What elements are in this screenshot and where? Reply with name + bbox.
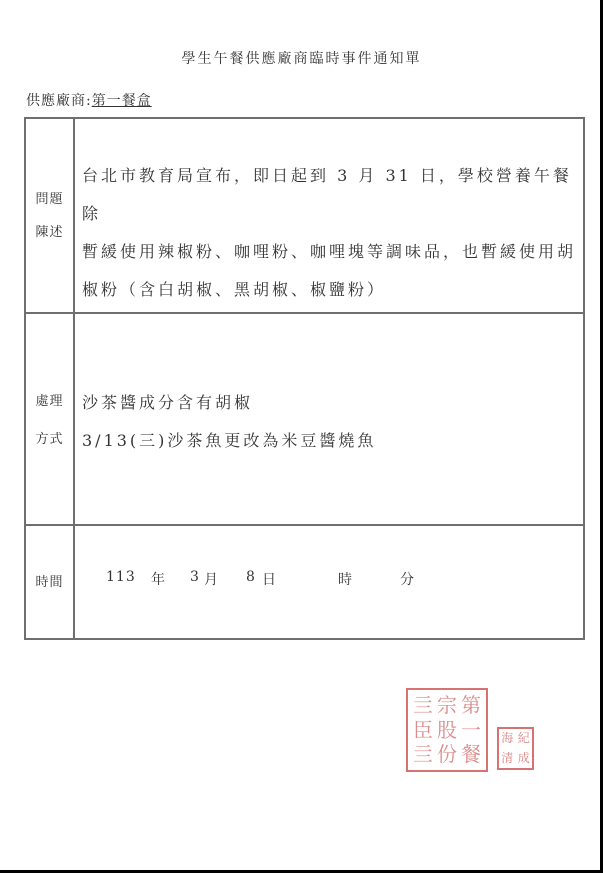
supplier-line: 供應廠商:第一餐盒 xyxy=(26,90,152,110)
company-seal-stamp: 亖 宗 第 臣 股 一 亖 份 餐 xyxy=(406,688,488,772)
content-line: 台北市教育局宣布，即日起到 3 月 31 日，學校營養午餐除 xyxy=(82,157,577,233)
time-day: 8 xyxy=(246,569,256,585)
row-label-handling: 處理 方式 xyxy=(26,383,73,459)
label-line: 處理 xyxy=(26,383,73,421)
label-line: 陳述 xyxy=(26,216,73,249)
column-divider xyxy=(73,526,75,640)
content-line: 3/13(三)沙茶魚更改為米豆醬燒魚 xyxy=(82,422,577,460)
seal-char: 份 xyxy=(435,742,459,767)
seal-char: 宗 xyxy=(435,693,459,718)
seal-char: 亖 xyxy=(411,742,435,767)
seal-char: 股 xyxy=(435,718,459,743)
seal-char: 成 xyxy=(516,749,533,769)
handling-content: 沙茶醬成分含有胡椒 3/13(三)沙茶魚更改為米豆醬燒魚 xyxy=(82,384,577,460)
row-problem-statement: 問題 陳述 台北市教育局宣布，即日起到 3 月 31 日，學校營養午餐除 暫緩使… xyxy=(26,119,583,314)
seal-char: 第 xyxy=(459,693,483,718)
row-time: 時間 113 年 3 月 8 日 時 分 xyxy=(26,526,583,640)
label-line: 方式 xyxy=(26,421,73,459)
seal-char: 亖 xyxy=(411,693,435,718)
time-year-unit: 年 xyxy=(151,569,166,589)
seal-char: 清 xyxy=(499,749,516,769)
row-label-problem: 問題 陳述 xyxy=(26,183,73,249)
row-handling-method: 處理 方式 沙茶醬成分含有胡椒 3/13(三)沙茶魚更改為米豆醬燒魚 xyxy=(26,314,583,526)
seal-char: 臣 xyxy=(411,718,435,743)
column-divider xyxy=(73,119,75,312)
time-day-unit: 日 xyxy=(262,569,277,589)
problem-content: 台北市教育局宣布，即日起到 3 月 31 日，學校營養午餐除 暫緩使用辣椒粉、咖… xyxy=(82,157,577,309)
time-minute-unit: 分 xyxy=(400,569,415,589)
seal-char: 餐 xyxy=(459,742,483,767)
seal-char: 一 xyxy=(459,718,483,743)
supplier-value: 第一餐盒 xyxy=(92,93,152,109)
content-line: 暫緩使用辣椒粉、咖哩粉、咖哩塊等調味品，也暫緩使用胡 xyxy=(82,233,577,271)
column-divider xyxy=(73,314,75,524)
seal-char: 紀 xyxy=(516,729,533,749)
label-line: 問題 xyxy=(26,183,73,216)
seal-char: 海 xyxy=(499,729,516,749)
time-hour-unit: 時 xyxy=(338,569,353,589)
personal-seal-stamp: 海 紀 清 成 xyxy=(497,727,534,770)
row-label-time: 時間 xyxy=(26,571,73,596)
time-month-unit: 月 xyxy=(204,569,219,589)
time-year: 113 xyxy=(106,569,136,585)
time-month: 3 xyxy=(190,569,200,585)
content-line: 椒粉（含白胡椒、黑胡椒、椒鹽粉） xyxy=(82,271,577,309)
content-line: 沙茶醬成分含有胡椒 xyxy=(82,384,577,422)
document-title: 學生午餐供應廠商臨時事件通知單 xyxy=(0,48,603,68)
notice-form-table: 問題 陳述 台北市教育局宣布，即日起到 3 月 31 日，學校營養午餐除 暫緩使… xyxy=(24,117,585,640)
supplier-label: 供應廠商: xyxy=(26,93,92,109)
